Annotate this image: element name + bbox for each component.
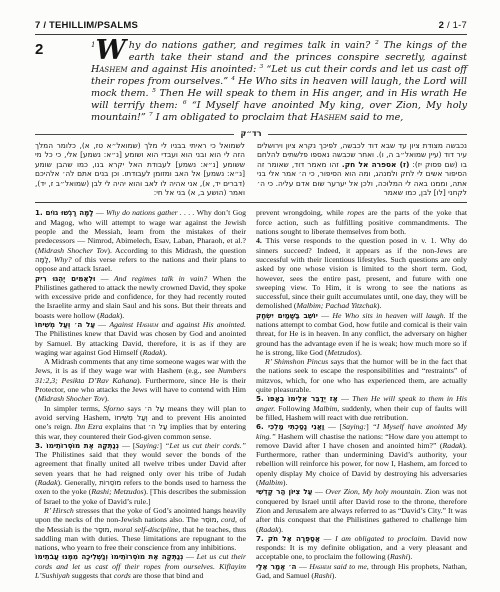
divider-line-right [268, 134, 467, 135]
commentary-paragraph: prevent wrongdoing, while ropes are the … [256, 208, 467, 236]
commentary-right-column: prevent wrongdoing, while ropes are the … [256, 208, 467, 580]
radak-divider: רד״ק [35, 130, 467, 138]
dropcap-letter: W [95, 35, 125, 66]
commentary-paragraph: 4. This verse responds to the question p… [256, 236, 467, 310]
commentary-paragraph: 3. נְנַתְּקָה אֶת מוֹסְרוֹתֵימוֹ — [Sayi… [35, 441, 246, 506]
english-commentary: 1. לָמָּה רָגְשׁוּ גוֹיִם — Why do natio… [35, 208, 467, 580]
book-page: 7 / TEHILLIM/PSALMS 2 / 1-7 2 1Why do na… [0, 0, 500, 592]
translation-section: 2 1Why do nations gather, and regimes ta… [35, 40, 467, 124]
commentary-paragraph: 7. אֲסַפְּרָה אֶל חֹק — I am obligated t… [256, 534, 467, 562]
commentary-paragraph: ה׳ אָמַר אֵלַי — Hashem said to me, thro… [256, 562, 467, 581]
radak-column-left: לשמואל כי ראיתי בבניו לי מלך (שמואל״א טז… [35, 141, 245, 197]
radak-commentary: נכבשה מצודת ציון עד שבא דוד לכבשה, לפיכך… [35, 141, 467, 197]
commentary-paragraph: נְנַתְּקָה אֶת מוֹסְרוֹתֵימוֹ וְנַשְׁלִי… [35, 552, 246, 580]
commentary-paragraph: R’ Hirsch stresses that the yoke of God’… [35, 506, 246, 552]
page-header-right: 2 / 1-7 [439, 20, 467, 31]
page-header: 7 / TEHILLIM/PSALMS 2 / 1-7 [35, 20, 467, 31]
commentary-paragraph: 1. לָמָּה רָגְשׁוּ גוֹיִם — Why do natio… [35, 208, 246, 273]
commentary-paragraph: 5. אָז יְדַבֵּר אֵלֵימוֹ בְאַפּוֹ — Then… [256, 394, 467, 422]
commentary-paragraph: In simpler terms, Sforno says עַל ה׳ mea… [35, 404, 246, 441]
radak-column-right: נכבשה מצודת ציון עד שבא דוד לכבשה, לפיכך… [257, 141, 467, 197]
chapter-number: 2 [35, 40, 91, 124]
page-header-left: 7 / TEHILLIM/PSALMS [35, 20, 138, 31]
commentary-paragraph: A Midrash comments that any time someone… [35, 357, 246, 403]
translation-body: hy do nations gather, and regimes talk i… [91, 40, 467, 123]
divider-line-left [35, 134, 234, 135]
radak-title: רד״ק [240, 130, 261, 138]
header-verse-range: / 1-7 [444, 20, 467, 31]
commentary-paragraph: יוֹשֵׁב בַּשָּׁמַיִם יִשְׂחָק — He Who s… [256, 311, 467, 357]
commentary-left-column: 1. לָמָּה רָגְשׁוּ גוֹיִם — Why do natio… [35, 208, 246, 580]
commentary-rule [35, 202, 467, 203]
commentary-paragraph: עַל ה׳ וְעַל מְשִׁיחוֹ — Against Hashem … [35, 320, 246, 357]
commentary-paragraph: עַל צִיּוֹן הַר קָדְשִׁי — Over Zion, My… [256, 487, 467, 533]
translation-text: 1Why do nations gather, and regimes talk… [91, 40, 467, 124]
commentary-paragraph: R’ Shimshon Pincus says that the humor w… [256, 357, 467, 394]
commentary-paragraph: וּלְאֻמִּים יֶהְגּוּ רִיק — And regimes … [35, 274, 246, 320]
commentary-paragraph: 6. וַאֲנִי נָסַכְתִּי מַלְכִּי — [Saying… [256, 422, 467, 487]
dropcap-wrap: 1W [91, 40, 129, 63]
